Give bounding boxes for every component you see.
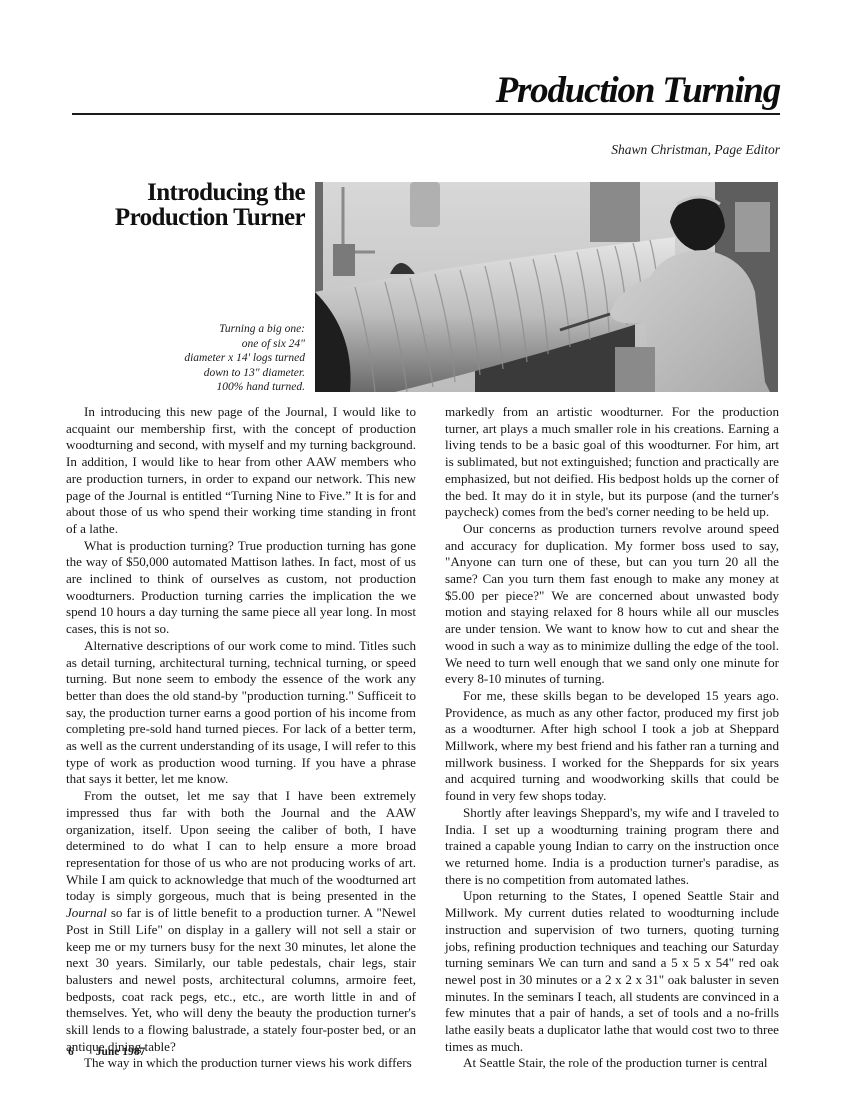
article-title-line-2: Production Turner — [100, 205, 305, 230]
paragraph: What is production turning? True product… — [66, 538, 416, 638]
header-divider — [72, 113, 780, 115]
paragraph-text: so far is of little benefit to a product… — [66, 905, 416, 1054]
paragraph: From the outset, let me say that I have … — [66, 788, 416, 1055]
lathe-photo — [315, 182, 778, 392]
paragraph-text: From the outset, let me say that I have … — [66, 788, 416, 903]
paragraph: markedly from an artistic woodturner. Fo… — [445, 404, 779, 521]
paragraph: Shortly after leavings Sheppard's, my wi… — [445, 805, 779, 889]
article-title: Introducing the Production Turner — [100, 180, 305, 230]
caption-line: Turning a big one: — [140, 322, 305, 337]
caption-line: diameter x 14' logs turned — [140, 351, 305, 366]
caption-line: 100% hand turned. — [140, 380, 305, 395]
lathe-photo-image — [315, 182, 778, 392]
journal-italic: Journal — [66, 905, 107, 920]
section-title: Production Turning — [496, 72, 780, 109]
page-footer: 6June 1987 — [68, 1046, 145, 1058]
page-number: 6 — [68, 1046, 74, 1058]
article-title-line-1: Introducing the — [100, 180, 305, 205]
photo-caption: Turning a big one: one of six 24" diamet… — [140, 322, 305, 395]
issue-date: June 1987 — [96, 1046, 146, 1058]
article-column-left: In introducing this new page of the Jour… — [66, 404, 416, 1072]
paragraph: At Seattle Stair, the role of the produc… — [445, 1055, 779, 1072]
editor-credit: Shawn Christman, Page Editor — [611, 142, 780, 158]
caption-line: down to 13" diameter. — [140, 366, 305, 381]
paragraph: Our concerns as production turners revol… — [445, 521, 779, 688]
paragraph: Upon returning to the States, I opened S… — [445, 888, 779, 1055]
paragraph: In introducing this new page of the Jour… — [66, 404, 416, 538]
article-column-right: markedly from an artistic woodturner. Fo… — [445, 404, 779, 1072]
paragraph: Alternative descriptions of our work com… — [66, 638, 416, 788]
paragraph: For me, these skills began to be develop… — [445, 688, 779, 805]
caption-line: one of six 24" — [140, 337, 305, 352]
